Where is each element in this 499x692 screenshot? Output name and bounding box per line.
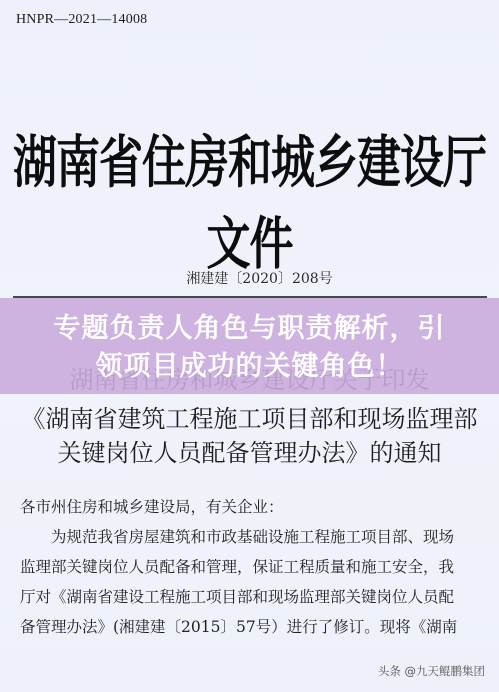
document-page: HNPR—2021—14008 湖南省住房和城乡建设厅文件 湘建建〔2020〕2… [0, 0, 499, 692]
source-watermark: 头条 @九天鲲鹏集团 [378, 663, 485, 679]
document-code: HNPR—2021—14008 [16, 12, 147, 28]
overlay-headline-line-2: 领项目成功的关键角色！ [0, 348, 499, 386]
issuer-header: 湖南省住房和城乡建设厅文件 [0, 116, 499, 280]
document-number: 湘建建〔2020〕208号 [0, 268, 499, 288]
overlay-headline: 专题负责人角色与职责解析，引 领项目成功的关键角色！ [0, 310, 499, 386]
body-paragraph: 为规范我省房屋建筑和市政基础设施工程施工项目部、现场 监理部关键岗位人员配备和管… [20, 522, 484, 642]
salutation: 各市州住房和城乡建设局，有关企业： [20, 492, 484, 522]
paragraph-line: 为规范我省房屋建筑和市政基础设施工程施工项目部、现场 [20, 522, 484, 552]
paragraph-line: 厅对《湖南省建设工程施工项目部和现场监理部关键岗位人员配 [20, 582, 484, 612]
paragraph-line: 监理部关键岗位人员配备和管理，保证工程质量和施工安全，我 [20, 552, 484, 582]
paragraph-line: 备管理办法》(湘建建〔2015〕57号）进行了修订。现将《湖南 [20, 612, 484, 642]
notice-title-line-1: 《湖南省建筑工程施工项目部和现场监理部 [0, 399, 499, 434]
overlay-headline-line-1: 专题负责人角色与职责解析，引 [0, 310, 499, 348]
notice-title-line-2: 关键岗位人员配备管理办法》的通知 [0, 433, 499, 468]
